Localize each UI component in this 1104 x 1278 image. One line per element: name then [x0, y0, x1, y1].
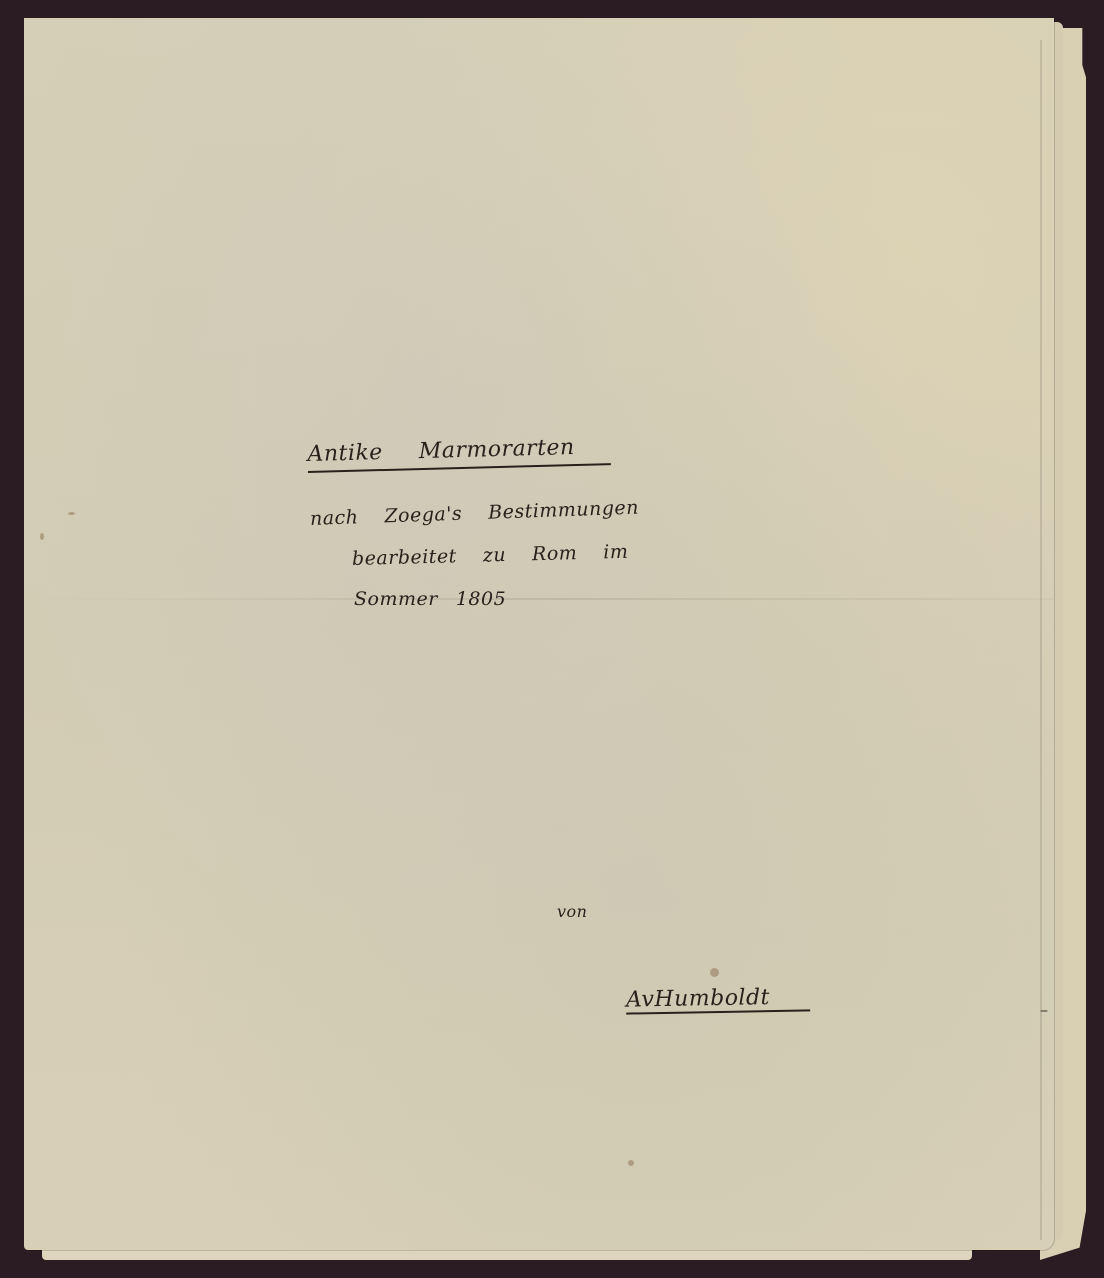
edge-mark: –: [1040, 1000, 1049, 1019]
front-page: [24, 18, 1054, 1250]
word: Zoega's: [384, 503, 463, 528]
word: Sommer: [354, 588, 438, 610]
title-word-1: Antike: [307, 440, 383, 467]
paper-spot: [68, 512, 75, 515]
word: im: [603, 541, 629, 564]
paper-spot: [628, 1160, 634, 1166]
year: 1805: [456, 588, 506, 610]
signature: AvHumboldt: [626, 984, 810, 1014]
paper-spot: [40, 533, 44, 540]
word: Rom: [532, 542, 578, 565]
horizontal-fold: [24, 598, 1054, 600]
by-marker: von: [557, 902, 587, 921]
title-word-2: Marmorarten: [418, 435, 575, 464]
word: zu: [482, 544, 506, 567]
word: nach: [310, 506, 359, 530]
vertical-fold: [1040, 40, 1042, 1240]
word: bearbeitet: [352, 545, 457, 570]
ink-spot: [710, 968, 719, 977]
text-line-3: Sommer1805: [354, 588, 524, 610]
